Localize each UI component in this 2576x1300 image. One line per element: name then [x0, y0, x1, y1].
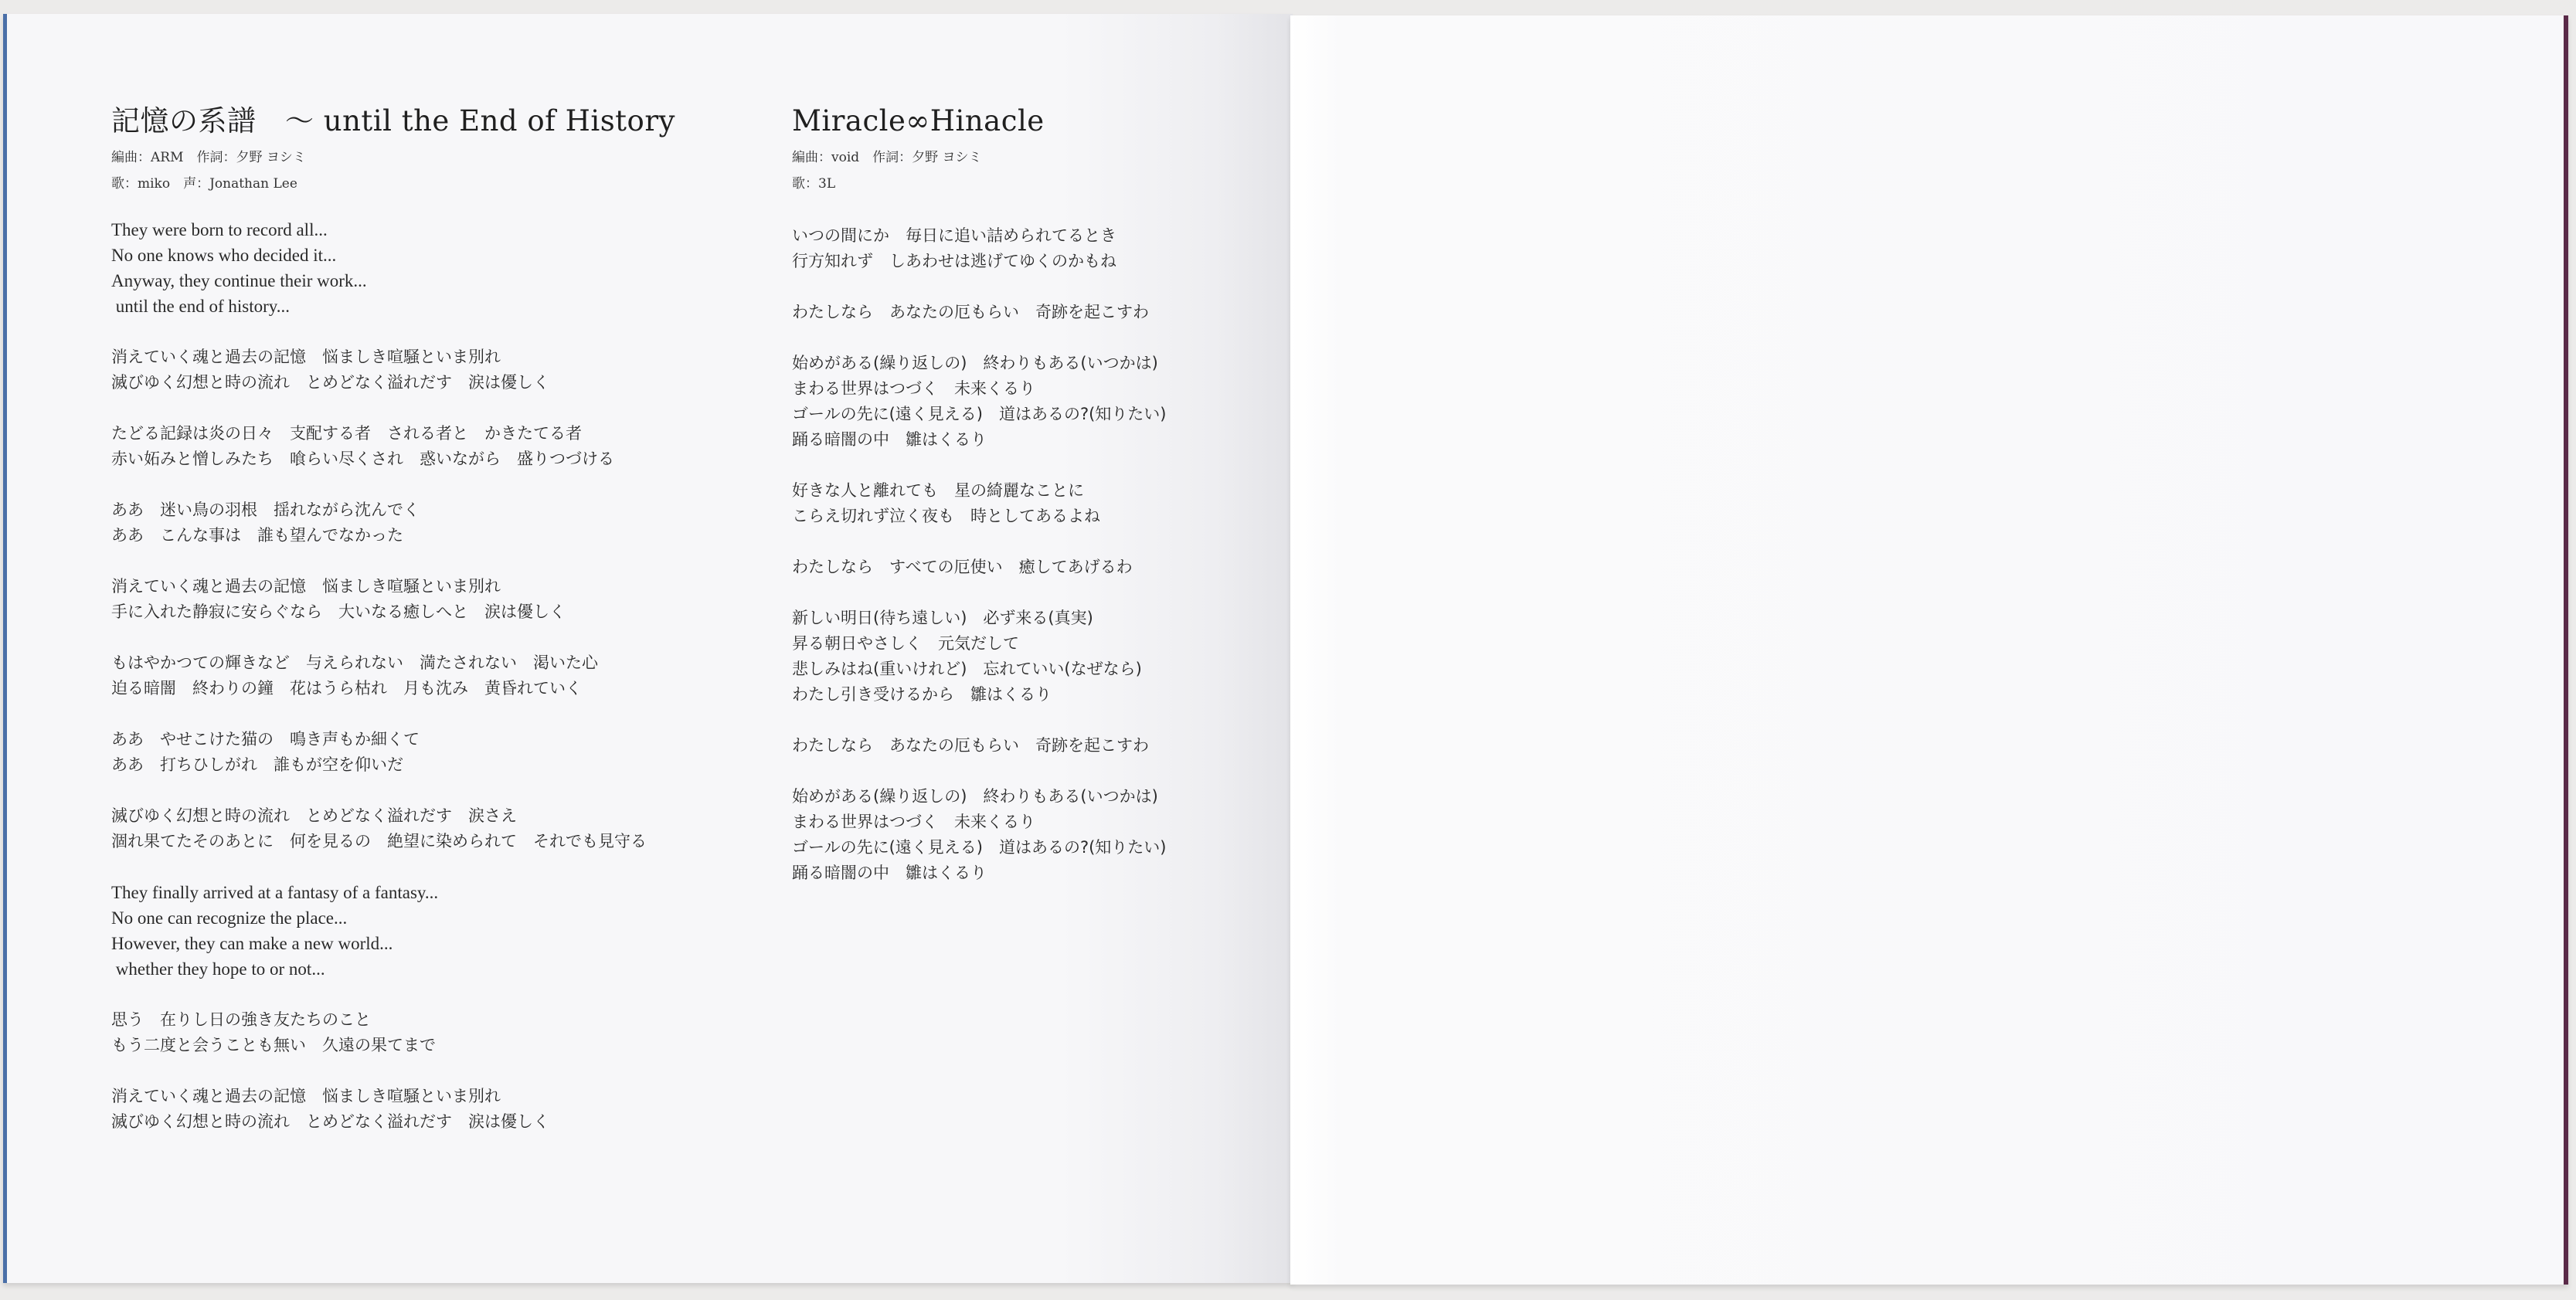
- song-miracle-hinacle: Miracle∞Hinacle編曲：void 作詞：夕野 ヨシミ歌：3Lいつの間…: [792, 103, 1167, 911]
- lyric-line: 消えていく魂と過去の記憶 悩ましき喧騒といま別れ: [111, 345, 675, 370]
- lyric-line: until the end of history...: [111, 294, 675, 319]
- lyric-line: No one can recognize the place...: [111, 905, 675, 931]
- lyric-line: わたしなら あなたの厄もらい 奇跡を起こすわ: [792, 733, 1167, 759]
- lyric-line: 思う 在りし日の強き友たちのこと: [111, 1007, 675, 1033]
- lyric-line: 踊る暗闇の中 雛はくるり: [792, 860, 1167, 886]
- lyric-line: ああ 打ちひしがれ 誰もが空を仰いだ: [111, 752, 675, 778]
- song-title: 記憶の系譜 ～ until the End of History: [111, 103, 675, 140]
- song-credit: 編曲：void 作詞：夕野 ヨシミ: [792, 144, 1167, 171]
- lyric-line: whether they hope to or not...: [111, 956, 675, 982]
- lyric-line: ああ こんな事は 誰も望んでなかった: [111, 523, 675, 548]
- lyric-line: Anyway, they continue their work...: [111, 268, 675, 294]
- song-credit: 歌：miko 声：Jonathan Lee: [111, 171, 675, 197]
- lyric-stanza: They finally arrived at a fantasy of a f…: [111, 880, 675, 982]
- lyric-line: They were born to record all...: [111, 217, 675, 243]
- lyric-line: 手に入れた静寂に安らぐなら 大いなる癒しへと 涙は優しく: [111, 599, 675, 625]
- lyric-line: 新しい明日(待ち遠しい) 必ず来る(真実): [792, 606, 1167, 631]
- lyric-line: However, they can make a new world...: [111, 931, 675, 956]
- lyrics: They were born to record all...No one kn…: [111, 217, 675, 1135]
- song-kioku-no-keifu: 記憶の系譜 ～ until the End of History編曲：ARM 作…: [111, 103, 675, 1160]
- lyric-line: No one knows who decided it...: [111, 243, 675, 268]
- lyric-line: ゴールの先に(遠く見える) 道はあるの?(知りたい): [792, 835, 1167, 860]
- lyric-stanza: 好きな人と離れても 星の綺麗なことにこらえ切れず泣く夜も 時としてあるよね: [792, 478, 1167, 529]
- booklet-page-right: 雪が恋しくて編曲：ARM 作詞：夕野 ヨシミ 歌：あさなLa La... La …: [1290, 15, 2568, 1285]
- lyric-line: 踊る暗闇の中 雛はくるり: [792, 427, 1167, 453]
- lyric-line: わたしなら すべての厄使い 癒してあげるわ: [792, 555, 1167, 580]
- lyric-line: ゴールの先に(遠く見える) 道はあるの?(知りたい): [792, 402, 1167, 427]
- lyric-stanza: わたしなら あなたの厄もらい 奇跡を起こすわ: [792, 733, 1167, 759]
- lyric-stanza: もはやかつての輝きなど 与えられない 満たされない 渇いた心迫る暗闇 終わりの鐘…: [111, 650, 675, 701]
- lyric-line: 消えていく魂と過去の記憶 悩ましき喧騒といま別れ: [111, 574, 675, 599]
- lyric-stanza: 始めがある(繰り返しの) 終わりもある(いつかは)まわる世界はつづく 未来くるり…: [792, 784, 1167, 886]
- lyric-line: 昇る朝日やさしく 元気だして: [792, 631, 1167, 657]
- lyric-line: 好きな人と離れても 星の綺麗なことに: [792, 478, 1167, 504]
- lyric-line: わたしなら あなたの厄もらい 奇跡を起こすわ: [792, 300, 1167, 325]
- lyric-stanza: 滅びゆく幻想と時の流れ とめどなく溢れだす 涙さえ涸れ果てたそのあとに 何を見る…: [111, 803, 675, 854]
- lyric-line: 始めがある(繰り返しの) 終わりもある(いつかは): [792, 784, 1167, 810]
- lyric-stanza: 消えていく魂と過去の記憶 悩ましき喧騒といま別れ滅びゆく幻想と時の流れ とめどな…: [111, 345, 675, 395]
- song-credit: 歌：3L: [792, 171, 1167, 197]
- lyric-line: こらえ切れず泣く夜も 時としてあるよね: [792, 504, 1167, 529]
- song-credit: 編曲：ARM 作詞：夕野 ヨシミ: [111, 144, 675, 171]
- lyric-line: まわる世界はつづく 未来くるり: [792, 376, 1167, 402]
- lyric-line: 赤い妬みと憎しみたち 喰らい尽くされ 惑いながら 盛りつづける: [111, 446, 675, 472]
- lyric-line: 行方知れず しあわせは逃げてゆくのかもね: [792, 249, 1167, 274]
- lyric-line: 滅びゆく幻想と時の流れ とめどなく溢れだす 涙は優しく: [111, 370, 675, 395]
- lyric-line: 悲しみはね(重いけれど) 忘れていい(なぜなら): [792, 657, 1167, 682]
- booklet-page-left: 記憶の系譜 ～ until the End of History編曲：ARM 作…: [3, 14, 1293, 1283]
- lyric-line: 迫る暗闇 終わりの鐘 花はうら枯れ 月も沈み 黄昏れていく: [111, 676, 675, 701]
- lyric-line: もう二度と会うことも無い 久遠の果てまで: [111, 1033, 675, 1058]
- lyric-line: ああ やせこけた猫の 鳴き声もか細くて: [111, 727, 675, 752]
- lyric-line: 滅びゆく幻想と時の流れ とめどなく溢れだす 涙さえ: [111, 803, 675, 829]
- lyric-stanza: 新しい明日(待ち遠しい) 必ず来る(真実)昇る朝日やさしく 元気だして悲しみはね…: [792, 606, 1167, 708]
- lyric-line: まわる世界はつづく 未来くるり: [792, 810, 1167, 835]
- lyric-stanza: ああ やせこけた猫の 鳴き声もか細くてああ 打ちひしがれ 誰もが空を仰いだ: [111, 727, 675, 778]
- lyric-stanza: 思う 在りし日の強き友たちのこともう二度と会うことも無い 久遠の果てまで: [111, 1007, 675, 1058]
- lyric-line: ああ 迷い鳥の羽根 揺れながら沈んでく: [111, 497, 675, 523]
- lyric-stanza: 始めがある(繰り返しの) 終わりもある(いつかは)まわる世界はつづく 未来くるり…: [792, 351, 1167, 453]
- lyric-line: たどる記録は炎の日々 支配する者 される者と かきたてる者: [111, 421, 675, 446]
- lyric-line: They finally arrived at a fantasy of a f…: [111, 880, 675, 905]
- lyric-line: 滅びゆく幻想と時の流れ とめどなく溢れだす 涙は優しく: [111, 1109, 675, 1135]
- lyric-stanza: 消えていく魂と過去の記憶 悩ましき喧騒といま別れ手に入れた静寂に安らぐなら 大い…: [111, 574, 675, 625]
- lyric-line: わたし引き受けるから 雛はくるり: [792, 682, 1167, 708]
- lyrics: いつの間にか 毎日に追い詰められてるとき行方知れず しあわせは逃げてゆくのかもね…: [792, 223, 1167, 886]
- lyric-line: もはやかつての輝きなど 与えられない 満たされない 渇いた心: [111, 650, 675, 676]
- lyric-stanza: わたしなら あなたの厄もらい 奇跡を起こすわ: [792, 300, 1167, 325]
- lyric-stanza: わたしなら すべての厄使い 癒してあげるわ: [792, 555, 1167, 580]
- lyric-line: 消えていく魂と過去の記憶 悩ましき喧騒といま別れ: [111, 1084, 675, 1109]
- lyric-stanza: ああ 迷い鳥の羽根 揺れながら沈んでくああ こんな事は 誰も望んでなかった: [111, 497, 675, 548]
- lyric-line: 涸れ果てたそのあとに 何を見るの 絶望に染められて それでも見守る: [111, 829, 675, 854]
- song-title: Miracle∞Hinacle: [792, 103, 1167, 140]
- lyric-stanza: たどる記録は炎の日々 支配する者 される者と かきたてる者赤い妬みと憎しみたち …: [111, 421, 675, 472]
- lyric-stanza: 消えていく魂と過去の記憶 悩ましき喧騒といま別れ滅びゆく幻想と時の流れ とめどな…: [111, 1084, 675, 1135]
- lyric-stanza: They were born to record all...No one kn…: [111, 217, 675, 319]
- lyric-line: いつの間にか 毎日に追い詰められてるとき: [792, 223, 1167, 249]
- lyric-stanza: いつの間にか 毎日に追い詰められてるとき行方知れず しあわせは逃げてゆくのかもね: [792, 223, 1167, 274]
- lyric-line: 始めがある(繰り返しの) 終わりもある(いつかは): [792, 351, 1167, 376]
